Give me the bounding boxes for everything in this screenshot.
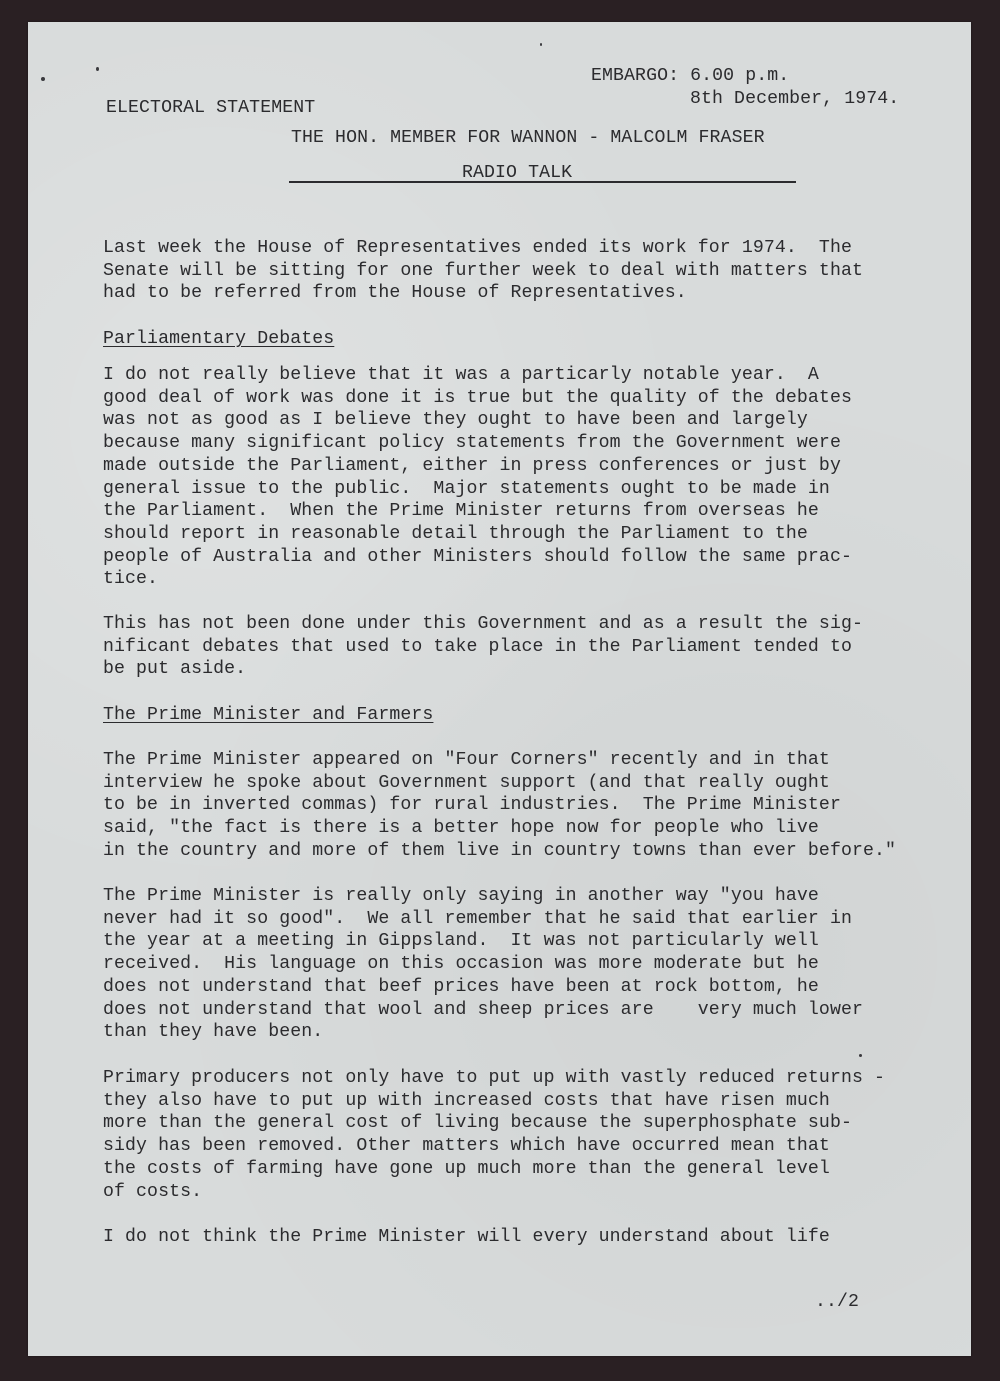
paragraph-6: Primary producers not only have to put u… (103, 1067, 885, 1203)
paragraph-4: The Prime Minister appeared on "Four Cor… (103, 749, 896, 863)
member-line: THE HON. MEMBER FOR WANNON - MALCOLM FRA… (291, 127, 765, 150)
paragraph-2: I do not really believe that it was a pa… (103, 364, 852, 591)
page-continuation: ../2 (815, 1291, 859, 1314)
paragraph-3: This has not been done under this Govern… (103, 613, 863, 681)
heading-parliamentary-debates: Parliamentary Debates (103, 328, 334, 351)
embargo-line: EMBARGO: 6.00 p.m. (591, 65, 789, 88)
paragraph-1: Last week the House of Representatives e… (103, 237, 863, 305)
document-label: ELECTORAL STATEMENT (106, 97, 315, 120)
paper-speck (41, 77, 45, 81)
paragraph-7: I do not think the Prime Minister will e… (103, 1226, 830, 1249)
paper-speck (540, 43, 542, 46)
paragraph-5: The Prime Minister is really only saying… (103, 885, 863, 1044)
paper-speck (96, 67, 99, 71)
title-underline (289, 181, 796, 183)
paper-speck (859, 1054, 862, 1057)
heading-prime-minister-farmers: The Prime Minister and Farmers (103, 704, 433, 727)
date-line: 8th December, 1974. (690, 88, 899, 111)
